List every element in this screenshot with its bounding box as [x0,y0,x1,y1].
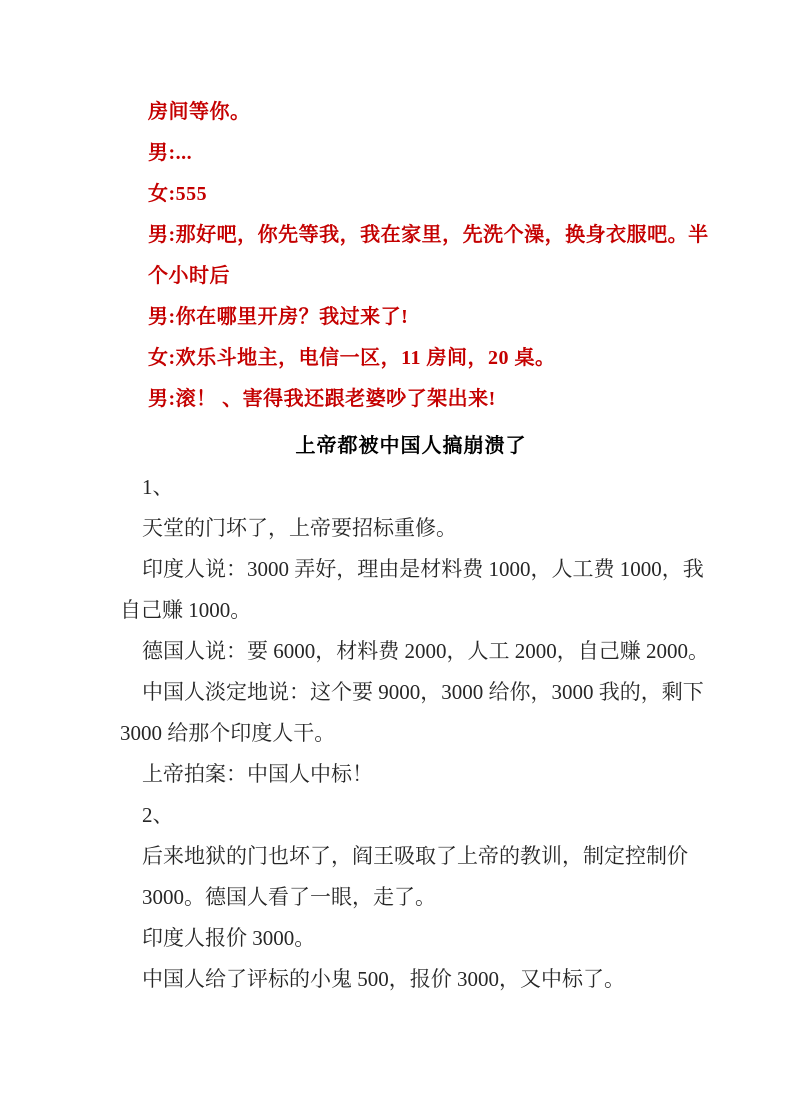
body-text-line: 德国人说：要 6000，材料费 2000，人工 2000，自己赚 2000。 [142,631,792,672]
red-dialog-line: 男:你在哪里开房？我过来了! [148,297,792,338]
red-dialog-line: 房间等你。 [148,92,792,133]
document-page: 房间等你。 男:... 女:555 男:那好吧，你先等我，我在家里，先洗个澡，换… [0,0,792,1120]
red-dialog-line: 女:555 [148,174,792,215]
body-text-line: 后来地狱的门也坏了，阎王吸取了上帝的教训，制定控制价 [142,836,792,877]
red-dialog-line: 男:... [148,133,792,174]
red-dialog-line: 男:那好吧，你先等我，我在家里，先洗个澡，换身衣服吧。半 [148,215,792,256]
body-text-line: 1、 [142,467,792,508]
red-dialog-line: 个小时后 [148,256,792,297]
body-text-line: 3000 给那个印度人干。 [120,713,792,754]
body-text-line: 2、 [142,795,792,836]
red-dialog-line: 女:欢乐斗地主，电信一区，11 房间，20 桌。 [148,338,792,379]
body-text-line: 中国人淡定地说：这个要 9000，3000 给你，3000 我的，剩下 [142,672,792,713]
body-text-line: 自己赚 1000。 [120,590,792,631]
body-text-line: 上帝拍案：中国人中标！ [142,754,792,795]
body-text-line: 印度人报价 3000。 [142,918,792,959]
body-text-line: 中国人给了评标的小鬼 500，报价 3000，又中标了。 [142,959,792,1000]
story-title: 上帝都被中国人搞崩溃了 [0,426,792,467]
body-text-line: 天堂的门坏了，上帝要招标重修。 [142,508,792,549]
body-text-line: 印度人说：3000 弄好，理由是材料费 1000，人工费 1000，我 [142,549,792,590]
red-dialog-line: 男:滚！ 、害得我还跟老婆吵了架出来! [148,379,792,420]
body-text-line: 3000。德国人看了一眼，走了。 [142,877,792,918]
